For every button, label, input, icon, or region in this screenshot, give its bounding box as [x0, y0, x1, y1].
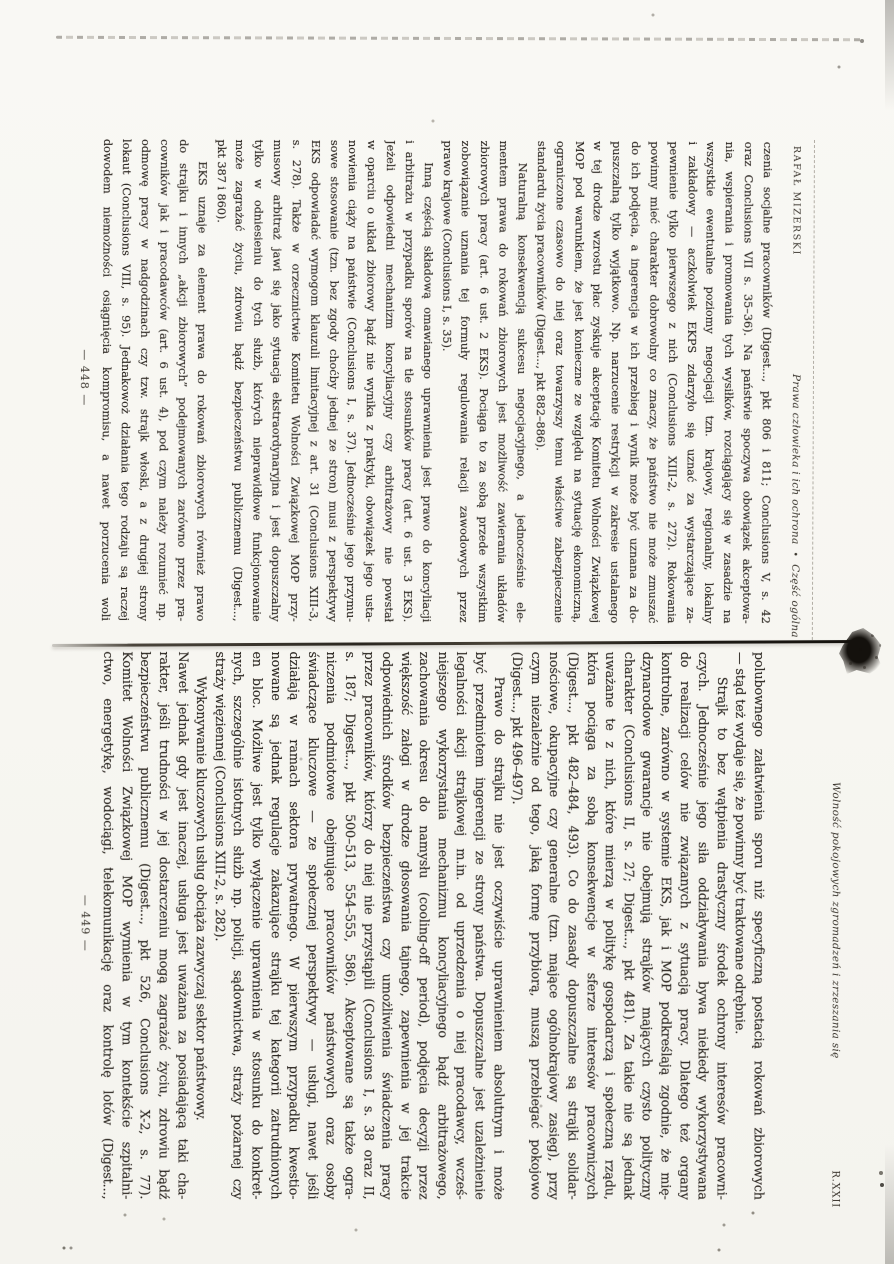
text-line: która pociąga za sobą konsekwencje w sfe… [582, 652, 601, 1200]
text-line: sowe stosowanie (tzn. bez zgody choćby j… [322, 140, 343, 622]
text-line: lokaut (Conclusions VIII, s. 95). Jednak… [114, 139, 135, 621]
text-line: EKS uznaje za element prawa do rokowań z… [190, 139, 211, 621]
running-head-title-group: Prawa człowieka i ich ochrona•Część ogól… [789, 374, 802, 638]
text-line: standardu życia pracowników (Digest..., … [529, 141, 550, 623]
page-449-number: — 449 — [79, 649, 92, 1197]
text-line: prawo krajowe (Conclusions I, s. 35). [435, 140, 456, 622]
text-line: Komitet Wolności Związkowej MOP wymienia… [117, 651, 136, 1199]
text-line: Naturalną konsekwencją sukcesu negocjacy… [510, 141, 531, 623]
page-449: Wolność pokojowych zgromadzeń i zrzeszan… [60, 649, 850, 1210]
text-line: być przedmiotem ingerencji ze strony pań… [470, 652, 489, 1200]
text-line: Nawet jednak gdy jest inaczej, usługa je… [173, 651, 192, 1199]
text-line: MOP pod warunkiem, że jest konieczne ze … [567, 141, 588, 623]
text-line: Wykonywanie kluczowych usług obciąża zaz… [191, 651, 210, 1199]
text-line: i zakładowy — aczkolwiek EKPS zdarzyło s… [680, 141, 701, 623]
text-line: kontrolne, zarówno w systemie EKS, jak i… [656, 652, 675, 1200]
text-line: uważane te z nich, które mierzą w polity… [600, 652, 619, 1200]
text-line: rakter, jeśli trudności w jej dostarczen… [154, 651, 173, 1199]
text-line: większość załogi w drodze głosowania taj… [396, 652, 415, 1200]
scanned-book-spread: RAFAŁ MIZERSKI Prawa człowieka i ich och… [0, 0, 894, 1264]
text-line: nowienia ciąży na państwie (Conclusions … [340, 140, 361, 622]
text-line: bezpieczeństwu publicznemu (Digest..., p… [135, 651, 154, 1199]
text-line: mentem prawa do rokowań zbiorowych jest … [491, 141, 512, 623]
text-line: w oparciu o układ zbiorowy bądź nie wyni… [359, 140, 380, 622]
text-line: en bloc. Możliwe jest tylko wyłączenie u… [247, 651, 266, 1199]
text-line: do ich podjęcia, a ingerencja w ich prze… [623, 141, 644, 623]
text-line: charakter (Conclusions II, s. 27; Digest… [619, 652, 638, 1200]
text-line: czenia socjalne pracowników (Digest..., … [755, 142, 776, 624]
text-line: cowników jak i pracodawców (art. 6 ust. … [152, 139, 173, 621]
text-line: nia, wspierania i promowania tych wysiłk… [717, 142, 738, 624]
text-line: przez pracowników, którzy do niej nie pr… [358, 652, 377, 1200]
text-line: ograniczone czasowo do niej oraz towarzy… [548, 141, 569, 623]
text-line: niejszego wykorzystania mechanizmu koncy… [433, 652, 452, 1200]
page-448-number: — 448 — [77, 137, 92, 619]
text-line: zobowiązanie uznania tej formuły regulow… [454, 140, 475, 622]
text-line: Jeżeli odpowiedni mechanizm koncyliacyjn… [378, 140, 399, 622]
page-448-running-head: RAFAŁ MIZERSKI Prawa człowieka i ich och… [789, 146, 803, 638]
text-line: oraz Conclusions VII s. 35–36). Na państ… [736, 142, 757, 624]
running-head-author: RAFAŁ MIZERSKI [790, 146, 801, 256]
page-448-text-block: czenia socjalne pracowników (Digest..., … [96, 139, 776, 624]
text-line: straży więziennej (Conclusions XIII-2, s… [210, 651, 229, 1199]
text-line: nowane są jednak regulacje zakazujące st… [265, 651, 284, 1199]
running-head-book-title: Prawa człowieka i ich ochrona [789, 374, 802, 545]
text-line: s. 187; Digest..., pkt 500–513, 554–555,… [340, 652, 359, 1200]
text-line: (Digest..., pkt 496–497). [507, 652, 526, 1200]
running-head-chapter-title: Wolność pokojowych zgromadzeń i zrzeszan… [830, 782, 842, 1059]
page-448: RAFAŁ MIZERSKI Prawa człowieka i ich och… [42, 137, 815, 640]
text-line: — stąd też wydaje się, że powinny być tr… [730, 652, 749, 1200]
text-line: puszczalną tylko wyjątkowo. Np. narzucen… [604, 141, 625, 623]
text-line: dowodem niemożności osiągnięcia kompromi… [96, 139, 117, 621]
page-449-running-head: Wolność pokojowych zgromadzeń i zrzeszan… [830, 656, 842, 1208]
running-head-section: Część ogólna [789, 564, 801, 638]
scan-scratch-line [56, 36, 862, 42]
text-line: Prawo do strajku nie jest oczywiście upr… [489, 652, 508, 1200]
scan-edge-streak-top [885, 0, 894, 110]
text-line: pewnienie tylko pierwszego z nich (Concl… [661, 141, 682, 623]
text-line: EKS odpowiadać wymogom klauzuli limitacy… [303, 140, 324, 622]
text-line: zachowania okresu do namysłu (cooling-of… [414, 652, 433, 1200]
text-line: nych, szczególnie istotnych służb np. po… [228, 651, 247, 1199]
text-line: pkt 387 i 860). [209, 139, 230, 621]
text-line: dzynarodowe gwarancje nie obejmują straj… [637, 652, 656, 1200]
page-gutter-shadow-line [52, 640, 864, 647]
text-line: odpowiednich środków bezpieczeństwa czy … [377, 652, 396, 1200]
text-line: do realizacji celów nie związanych z syt… [675, 652, 694, 1200]
text-line: działają w ramach sektora prywatnego. W … [284, 652, 303, 1200]
text-line: wszystkie ewentualne poziomy negocjacji … [699, 142, 720, 624]
text-line: w tej drodze wzrostu płac zyskuje akcept… [585, 141, 606, 623]
scan-noise-specks [0, 0, 2, 2]
text-line: nościowe, okupacyjne czy generalne (tzn.… [544, 652, 563, 1200]
text-line: ctwo, energetykę, wodociągi, telekomunik… [98, 651, 117, 1199]
text-line: tylko w odniesieniu do tych służb, który… [246, 140, 267, 622]
text-line: czych. Jednocześnie jego siła oddziaływa… [693, 652, 712, 1200]
running-head-chapter-ref: R.XXII [830, 1170, 841, 1208]
text-line: polubownego załatwienia sporu niż specyf… [749, 652, 768, 1200]
ink-blob-artifact [839, 626, 883, 676]
text-line: (Digest..., pkt 482–484, 493). Co do zas… [563, 652, 582, 1200]
page-449-text-block: polubownego załatwienia sporu niż specyf… [98, 651, 768, 1200]
text-line: czym niezależnie od tego, jaką formę prz… [526, 652, 545, 1200]
text-line: Strajk to bez wątpienia drastyczny środe… [712, 652, 731, 1200]
text-line: i arbitrażu w przypadku sporów na tle st… [397, 140, 418, 622]
text-line: odmowę pracy w nadgodzinach czy tzw. str… [133, 139, 154, 621]
text-line: legalności akcji strajkowej m.in. od upr… [451, 652, 470, 1200]
text-line: świadczące kluczowe — ze społecznej pers… [303, 652, 322, 1200]
text-line: niczenia podmiotowe obejmujące pracownik… [321, 652, 340, 1200]
text-line: zbiorowych pracy (art. 6 ust. 2 EKS). Po… [472, 141, 493, 623]
text-line: powinny mieć charakter dobrowolny co zna… [642, 141, 663, 623]
text-line: Inną częścią składową omawianego uprawni… [416, 140, 437, 622]
separator-dot: • [789, 545, 799, 565]
text-line: s. 278). Także w orzecznictwie Komitetu … [284, 140, 305, 622]
text-line: do strajku i innych „akcji zbiorowych” p… [171, 139, 192, 621]
text-line: musowy arbitraż jawi się jako sytuacja e… [265, 140, 286, 622]
text-line: może zagrażać życiu, zdrowiu bądź bezpie… [227, 139, 248, 621]
scan-edge-streak-bottom [885, 1144, 894, 1264]
